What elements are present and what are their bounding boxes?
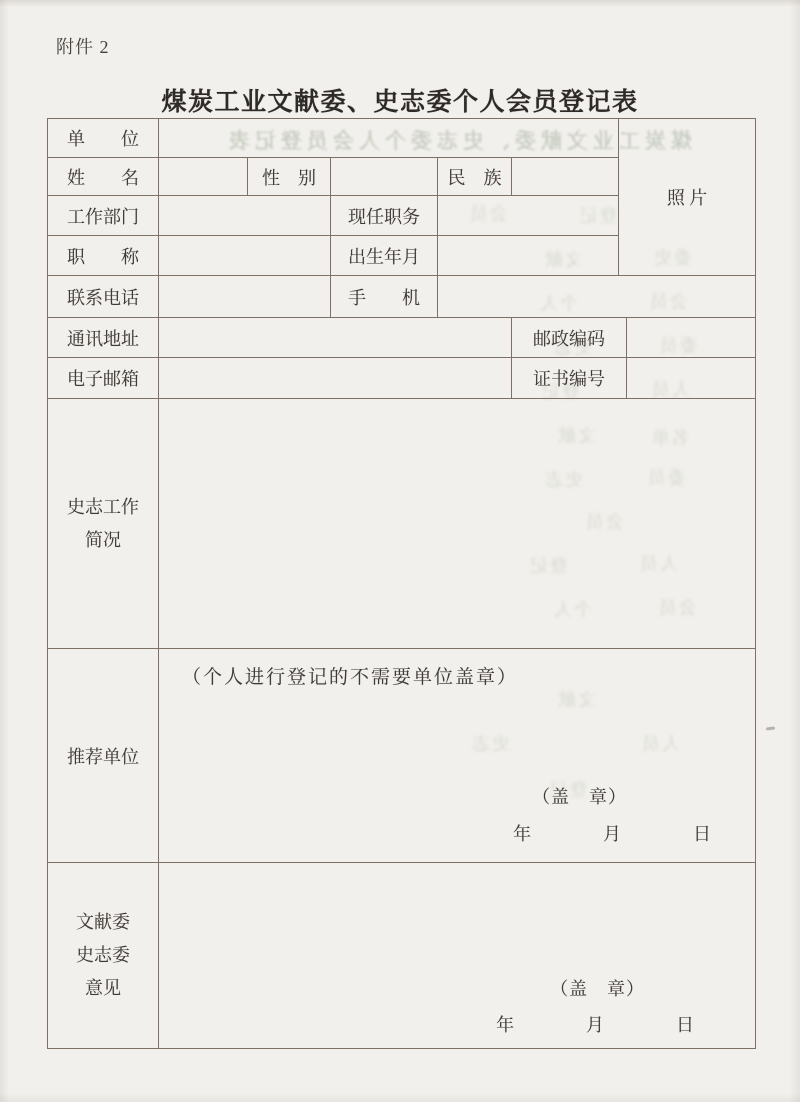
attachment-label: 附件 2 [56, 33, 110, 59]
field-label-address: 通讯地址 [48, 318, 159, 358]
field-label-certificate-no: 证书编号 [512, 358, 627, 399]
field-value-work-summary [159, 399, 756, 649]
field-label-gender: 性 别 [248, 158, 331, 196]
table-row: 单 位 照 片 [48, 119, 756, 158]
seal-placeholder-recommending: （盖 章） [532, 783, 627, 809]
form-title: 煤炭工业文献委、史志委个人会员登记表 [0, 82, 800, 118]
photo-cell: 照 片 [619, 119, 756, 276]
field-label-department: 工作部门 [48, 196, 159, 236]
scan-speck [766, 726, 775, 730]
committee-opinion-label-line3: 意见 [48, 972, 158, 1005]
seal-placeholder-opinion: （盖 章） [550, 975, 645, 1001]
field-label-email: 电子邮箱 [48, 358, 159, 399]
table-row: 通讯地址 邮政编码 [48, 318, 756, 358]
field-label-unit: 单 位 [48, 119, 159, 158]
field-value-phone [159, 276, 331, 318]
field-label-professional-title: 职 称 [48, 236, 159, 276]
field-label-name: 姓 名 [48, 158, 159, 196]
field-label-current-position: 现任职务 [331, 196, 438, 236]
field-label-committee-opinion: 文献委 史志委 意见 [48, 863, 159, 1049]
no-seal-needed-note: （个人进行登记的不需要单位盖章） [182, 662, 518, 689]
table-row: 文献委 史志委 意见 （盖 章） 年 月 日 [48, 863, 756, 1049]
date-line-opinion: 年 月 日 [496, 1011, 694, 1037]
work-summary-label-line2: 简况 [48, 524, 158, 557]
field-label-work-summary: 史志工作 简况 [48, 399, 159, 649]
field-label-birth-date: 出生年月 [331, 236, 438, 276]
field-value-unit [159, 119, 619, 158]
committee-opinion-cell: （盖 章） 年 月 日 [159, 863, 756, 1049]
field-label-postal-code: 邮政编码 [512, 318, 627, 358]
field-value-ethnicity [512, 158, 619, 196]
field-value-department [159, 196, 331, 236]
committee-opinion-label-line1: 文献委 [48, 906, 158, 939]
field-value-name [159, 158, 248, 196]
committee-opinion-label-line2: 史志委 [48, 939, 158, 972]
scanned-form-page: 附件 2 煤炭工业文献委、史志委个人会员登记表 煤炭工业文献委、史志委个人会员登… [0, 0, 800, 1102]
date-line-recommending: 年 月 日 [513, 820, 711, 846]
table-row: 推荐单位 （个人进行登记的不需要单位盖章） （盖 章） 年 月 日 [48, 649, 756, 863]
registration-table: 单 位 照 片 姓 名 性 别 民 族 工作部门 现任职务 职 称 出生年月 [47, 118, 756, 1049]
field-value-email [159, 358, 512, 399]
field-value-birth-date [438, 236, 619, 276]
table-row: 联系电话 手 机 [48, 276, 756, 318]
table-row: 史志工作 简况 [48, 399, 756, 649]
field-value-certificate-no [627, 358, 756, 399]
field-label-phone: 联系电话 [48, 276, 159, 318]
field-label-recommending-unit: 推荐单位 [48, 649, 159, 863]
field-value-current-position [438, 196, 619, 236]
field-value-mobile [438, 276, 756, 318]
field-label-ethnicity: 民 族 [438, 158, 512, 196]
field-value-postal-code [627, 318, 756, 358]
field-label-mobile: 手 机 [331, 276, 438, 318]
field-value-professional-title [159, 236, 331, 276]
table-row: 电子邮箱 证书编号 [48, 358, 756, 399]
photo-label: 照 片 [667, 188, 708, 208]
recommending-unit-cell: （个人进行登记的不需要单位盖章） （盖 章） 年 月 日 [159, 649, 756, 863]
field-value-address [159, 318, 512, 358]
work-summary-label-line1: 史志工作 [48, 491, 158, 524]
field-value-gender [331, 158, 438, 196]
